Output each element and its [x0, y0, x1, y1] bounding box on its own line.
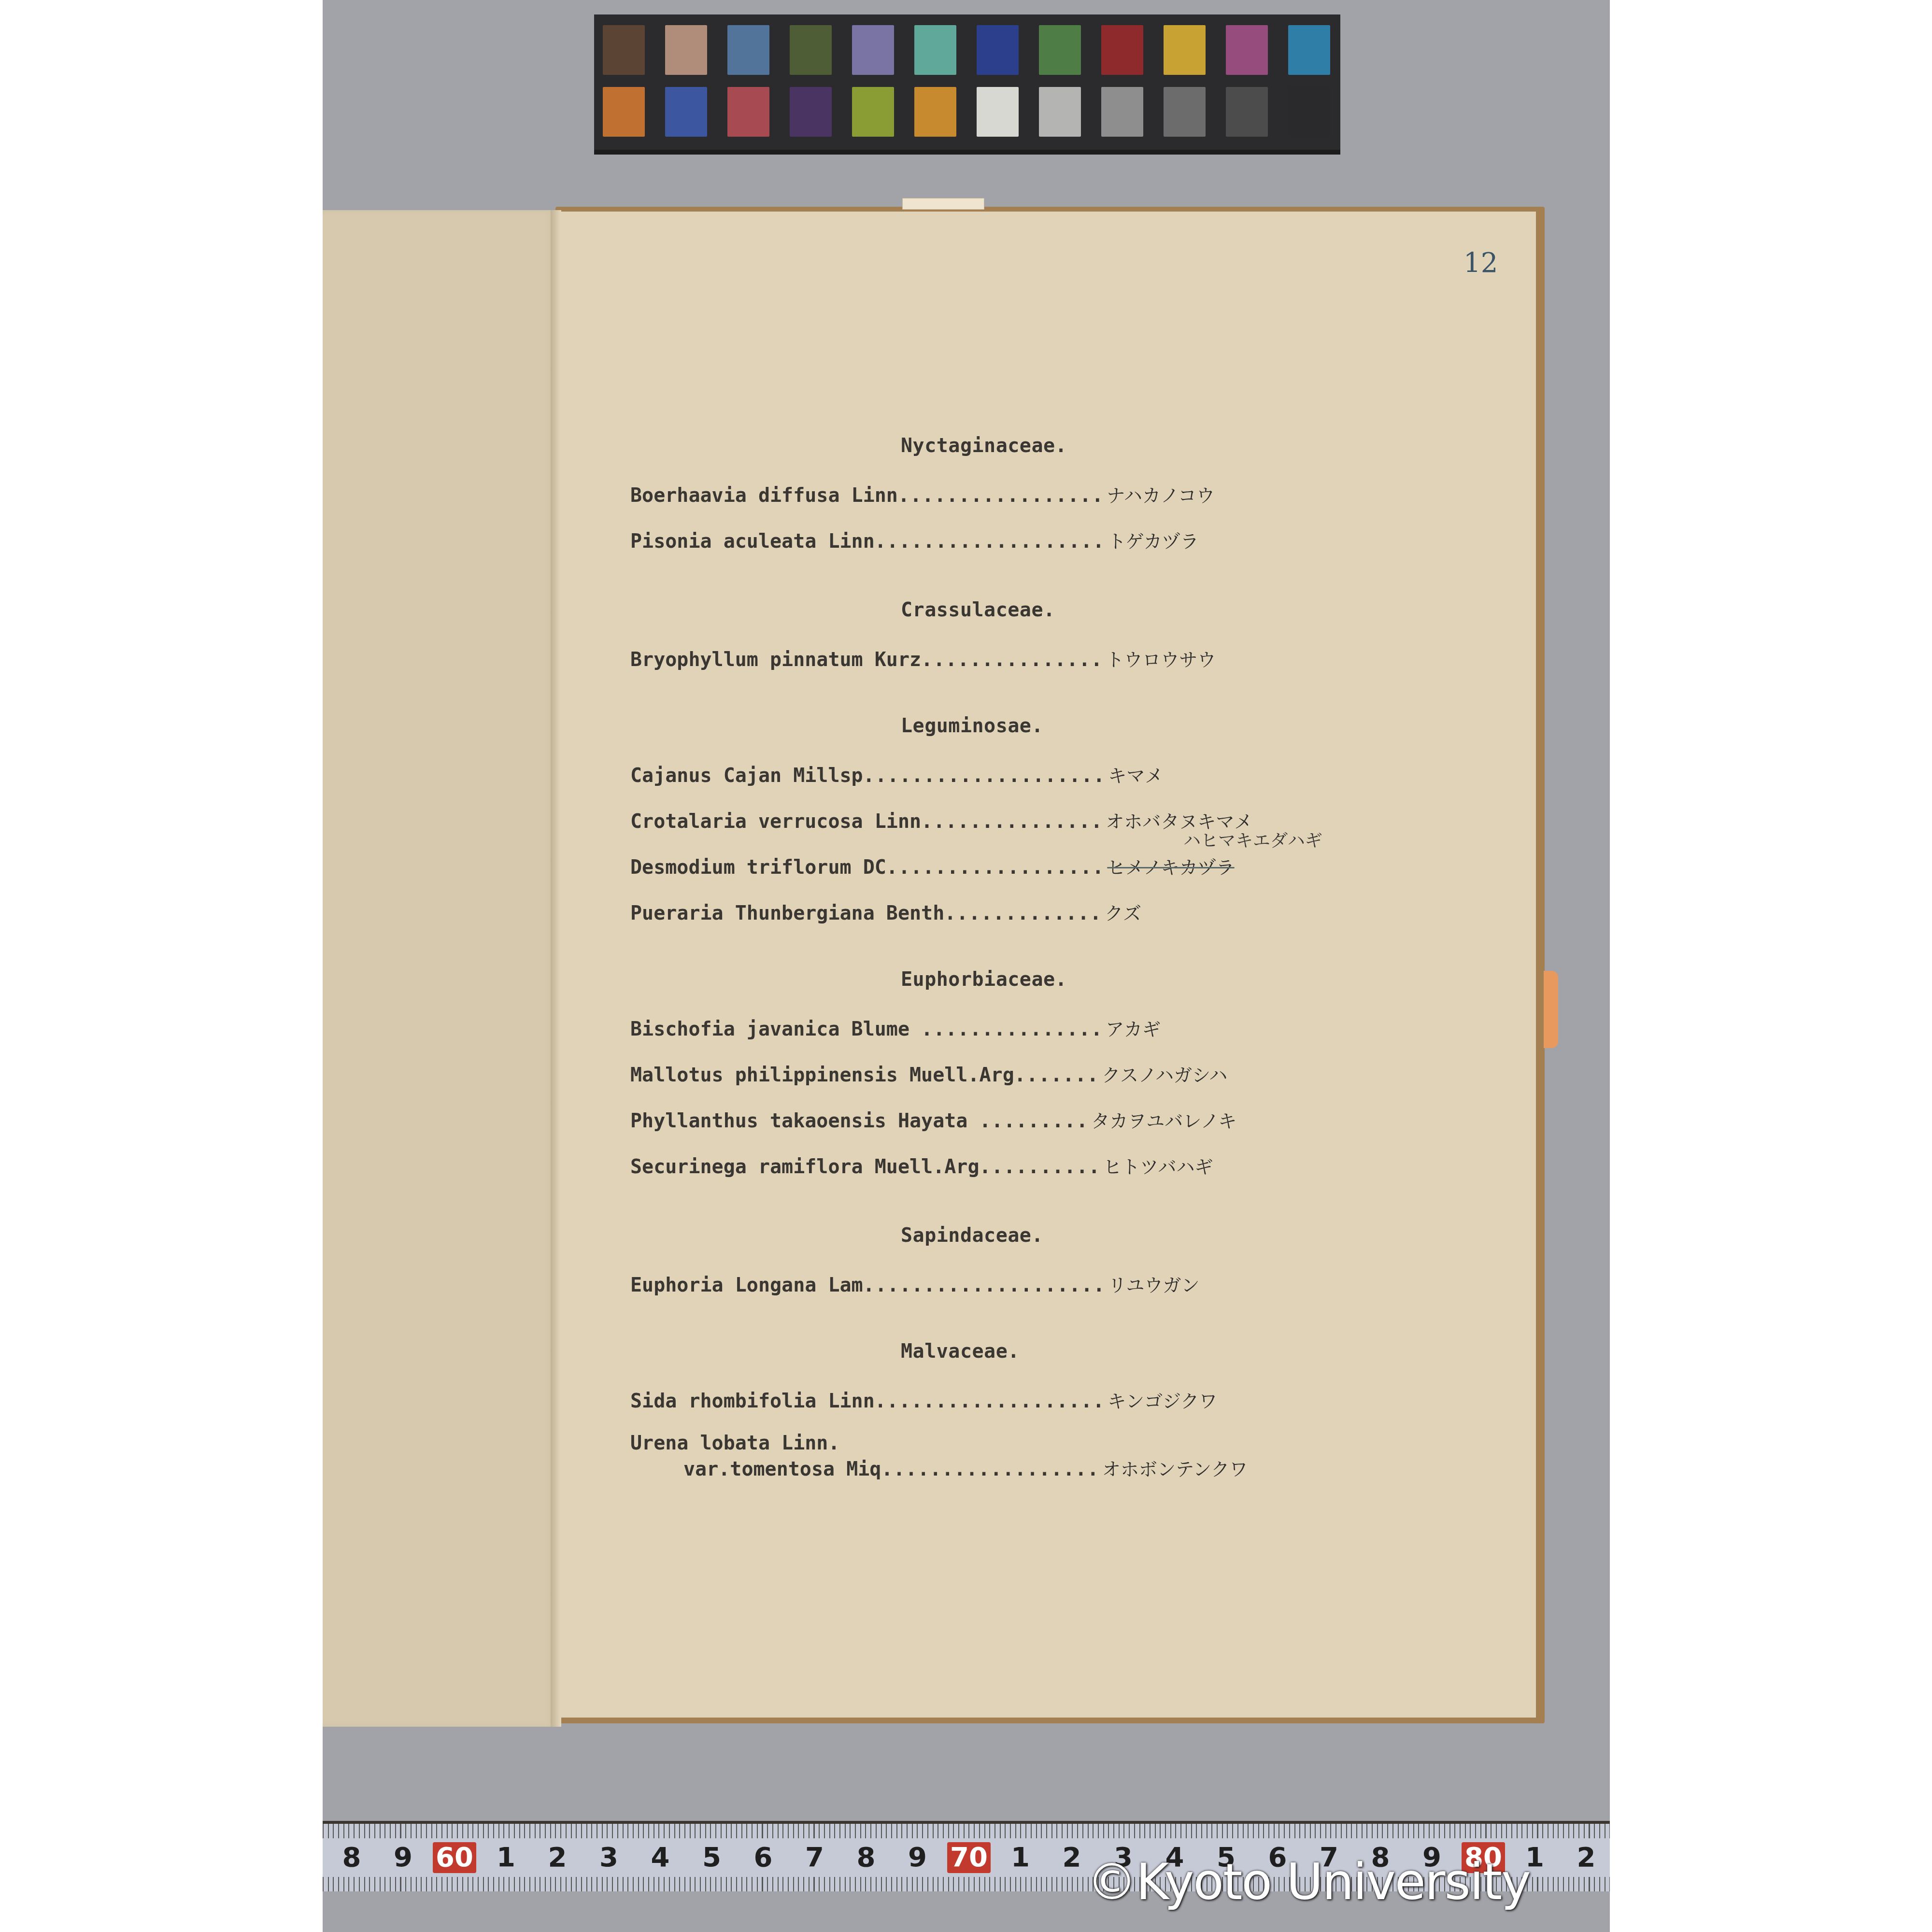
family-heading: Leguminosae. [901, 715, 1043, 737]
family-heading: Euphorbiaceae. [901, 968, 1067, 991]
species-name: Pueraria Thunbergiana Benth [630, 902, 944, 924]
copyright-watermark: ©Kyoto University [1087, 1852, 1530, 1911]
species-entry: Phyllanthus takaoensis Hayata .........タ… [630, 1106, 1236, 1133]
japanese-name-handwritten: タカヲユバレノキ [1091, 1110, 1236, 1132]
ruler-label: 2 [1577, 1842, 1596, 1873]
color-swatch [1039, 25, 1081, 75]
family-heading: Crassulaceae. [901, 599, 1055, 621]
left-page [323, 210, 559, 1727]
japanese-name-handwritten: トウロウサウ [1106, 649, 1216, 670]
color-swatch [665, 87, 707, 137]
ruler-label: 2 [1063, 1842, 1081, 1873]
color-swatch [790, 25, 832, 75]
dot-leader: ............... [921, 1018, 1103, 1040]
japanese-name-handwritten: キンゴジクワ [1108, 1391, 1217, 1412]
page-number: 12 [1463, 247, 1498, 279]
ruler-label: 4 [651, 1842, 670, 1873]
family-heading: Sapindaceae. [901, 1224, 1043, 1247]
color-swatch [790, 87, 832, 137]
ruler-label: 8 [857, 1842, 876, 1873]
color-swatch [1288, 87, 1330, 137]
handwritten-correction: ハヒマキエダハギ [1183, 827, 1322, 852]
ruler-label: 9 [394, 1842, 412, 1873]
species-name: Bischofia javanica Blume [630, 1018, 921, 1040]
species-name: Bryophyllum pinnatum Kurz [630, 649, 921, 671]
color-swatch [665, 25, 707, 75]
color-swatch [1288, 25, 1330, 75]
species-name: Cajanus Cajan Millsp [630, 765, 863, 787]
color-swatch [1164, 25, 1206, 75]
color-swatch [603, 87, 645, 137]
dot-leader: ....... [1014, 1064, 1099, 1086]
paper-tab-top [902, 198, 984, 210]
species-entry: Crotalaria verrucosa Linn...............… [630, 807, 1252, 833]
color-swatch [914, 87, 956, 137]
species-entry: Securinega ramiflora Muell.Arg..........… [630, 1152, 1213, 1179]
ruler-label: 8 [342, 1842, 361, 1873]
dot-leader: ............... [921, 810, 1103, 833]
dot-leader: .................... [863, 1274, 1106, 1296]
ruler-label: 7 [805, 1842, 824, 1873]
color-swatch [1039, 87, 1081, 137]
variety-name: var.tomentosa Miq [683, 1458, 881, 1480]
dot-leader: ................... [875, 530, 1105, 553]
japanese-name-handwritten: アカギ [1106, 1019, 1161, 1040]
dot-leader: .................. [881, 1458, 1099, 1480]
species-entry: Sida rhombifolia Linn...................… [630, 1386, 1217, 1413]
japanese-name-handwritten: オホボンテンクワ [1102, 1459, 1248, 1480]
variety-line: var.tomentosa Miq..................オホボンテ… [630, 1454, 1248, 1481]
family-heading: Malvaceae. [901, 1340, 1020, 1363]
family-heading: Nyctaginaceae. [901, 435, 1067, 457]
japanese-name-handwritten: ヒトツバハギ [1103, 1156, 1213, 1178]
dot-leader: ................. [898, 484, 1104, 507]
species-entry: Pisonia aculeata Linn...................… [630, 526, 1199, 553]
japanese-name-handwritten: キマメ [1108, 765, 1163, 786]
ruler-label: 9 [908, 1842, 927, 1873]
book-spine [551, 210, 561, 1727]
species-name: Sida rhombifolia Linn [630, 1390, 875, 1412]
species-entry: Urena lobata Linn.var.tomentosa Miq.....… [630, 1432, 1248, 1481]
color-swatch [1226, 25, 1268, 75]
species-entry: Bryophyllum pinnatum Kurz...............… [630, 645, 1216, 671]
color-swatch [727, 25, 769, 75]
dot-leader: ............... [921, 649, 1103, 671]
color-checker-row-1 [603, 25, 1335, 75]
species-name: Crotalaria verrucosa Linn [630, 810, 921, 833]
color-swatch [852, 87, 894, 137]
ruler-label: 3 [599, 1842, 618, 1873]
japanese-name-handwritten: クズ [1105, 903, 1141, 924]
dot-leader: .................. [886, 856, 1104, 879]
dot-leader: .......... [979, 1156, 1100, 1178]
color-swatch [1164, 87, 1206, 137]
color-swatch [1226, 87, 1268, 137]
dot-leader: ......... [979, 1110, 1088, 1132]
japanese-name-handwritten: ヒメノキカヅラ [1107, 857, 1234, 878]
species-entry: Mallotus philippinensis Muell.Arg.......… [630, 1060, 1227, 1087]
ruler-label: 70 [947, 1842, 991, 1873]
dot-leader: .................... [863, 765, 1106, 787]
species-entry: Boerhaavia diffusa Linn.................… [630, 481, 1215, 507]
species-name: Urena lobata Linn. [630, 1432, 839, 1454]
species-entry: Cajanus Cajan Millsp....................… [630, 761, 1163, 787]
species-name: Phyllanthus takaoensis Hayata [630, 1110, 979, 1132]
color-swatch [977, 25, 1019, 75]
ruler-label: 2 [548, 1842, 567, 1873]
species-name: Desmodium triflorum DC [630, 856, 886, 879]
species-name: Euphoria Longana Lam [630, 1274, 863, 1296]
ruler-label: 1 [1011, 1842, 1030, 1873]
ruler-label: 5 [702, 1842, 721, 1873]
orange-bookmark-tab [1544, 971, 1558, 1048]
japanese-name-handwritten: クスノハガシハ [1102, 1065, 1227, 1086]
dot-leader: ............. [944, 902, 1102, 924]
species-name: Mallotus philippinensis Muell.Arg [630, 1064, 1014, 1086]
ruler-label: 60 [433, 1842, 476, 1873]
color-checker-row-2 [603, 87, 1335, 137]
dot-leader: ................... [875, 1390, 1105, 1412]
color-checker [594, 14, 1340, 155]
ruler-label: 6 [754, 1842, 773, 1873]
species-name: Pisonia aculeata Linn [630, 530, 875, 553]
species-entry: Euphoria Longana Lam....................… [630, 1270, 1200, 1297]
color-swatch [603, 25, 645, 75]
color-swatch [1101, 25, 1143, 75]
japanese-name-handwritten: ナハカノコウ [1107, 485, 1215, 506]
color-swatch [1101, 87, 1143, 137]
color-swatch [727, 87, 769, 137]
species-entry: Pueraria Thunbergiana Benth.............… [630, 898, 1141, 925]
japanese-name-handwritten: トゲカヅラ [1108, 531, 1198, 552]
color-swatch [977, 87, 1019, 137]
species-entry: Bischofia javanica Blume ...............… [630, 1014, 1161, 1041]
ruler-label: 1 [497, 1842, 515, 1873]
species-entry: Desmodium triflorum DC..................… [630, 852, 1235, 879]
species-name: Securinega ramiflora Muell.Arg [630, 1156, 979, 1178]
japanese-name-handwritten: リユウガン [1108, 1275, 1199, 1296]
color-swatch [914, 25, 956, 75]
species-name: Boerhaavia diffusa Linn [630, 484, 898, 507]
color-swatch [852, 25, 894, 75]
